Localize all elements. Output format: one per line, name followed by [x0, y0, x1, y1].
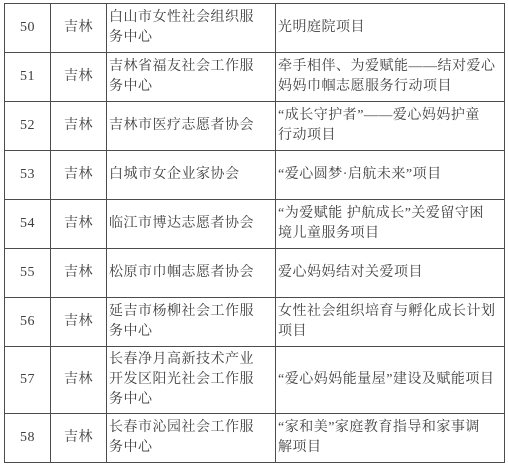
row-number-cell: 57 — [5, 347, 51, 414]
project-cell: “成长守护者”——爱心妈妈护童 行动项目 — [276, 102, 505, 151]
table-row: 57吉林长春净月高新技术产业 开发区阳光社会工作服 务中心“爱心妈妈能量屋”建设… — [5, 347, 505, 414]
row-number-cell: 55 — [5, 249, 51, 298]
table-row: 56吉林延吉市杨柳社会工作服 务中心女性社会组织培育与孵化成长计划 项目 — [5, 298, 505, 347]
row-number-cell: 51 — [5, 53, 51, 102]
table-row: 54吉林临江市博达志愿者协会“为爱赋能 护航成长”关爱留守困 境儿童服务项目 — [5, 200, 505, 249]
organization-cell: 临江市博达志愿者协会 — [107, 200, 276, 249]
award-project-table: 50吉林白山市女性社会组织服 务中心光明庭院项目51吉林吉林省福友社会工作服 务… — [4, 3, 505, 463]
row-number-cell: 56 — [5, 298, 51, 347]
table-row: 55吉林松原市巾帼志愿者协会爱心妈妈结对关爱项目 — [5, 249, 505, 298]
organization-cell: 松原市巾帼志愿者协会 — [107, 249, 276, 298]
project-cell: “家和美”家庭教育指导和家事调 解项目 — [276, 414, 505, 463]
project-cell: 牵手相伴、为爱赋能——结对爱心 妈妈巾帼志愿服务行动项目 — [276, 53, 505, 102]
table-row: 52吉林吉林市医疗志愿者协会“成长守护者”——爱心妈妈护童 行动项目 — [5, 102, 505, 151]
province-cell: 吉林 — [51, 298, 107, 347]
province-cell: 吉林 — [51, 249, 107, 298]
table-row: 50吉林白山市女性社会组织服 务中心光明庭院项目 — [5, 4, 505, 53]
organization-cell: 延吉市杨柳社会工作服 务中心 — [107, 298, 276, 347]
organization-cell: 吉林省福友社会工作服 务中心 — [107, 53, 276, 102]
row-number-cell: 58 — [5, 414, 51, 463]
province-cell: 吉林 — [51, 4, 107, 53]
project-cell: “爱心妈妈能量屋”建设及赋能项目 — [276, 347, 505, 414]
organization-cell: 白城市女企业家协会 — [107, 151, 276, 200]
table-row: 53吉林白城市女企业家协会“爱心圆梦·启航未来”项目 — [5, 151, 505, 200]
row-number-cell: 53 — [5, 151, 51, 200]
province-cell: 吉林 — [51, 414, 107, 463]
project-cell: “爱心圆梦·启航未来”项目 — [276, 151, 505, 200]
table-row: 51吉林吉林省福友社会工作服 务中心牵手相伴、为爱赋能——结对爱心 妈妈巾帼志愿… — [5, 53, 505, 102]
row-number-cell: 54 — [5, 200, 51, 249]
organization-cell: 长春市沁园社会工作服 务中心 — [107, 414, 276, 463]
organization-cell: 吉林市医疗志愿者协会 — [107, 102, 276, 151]
row-number-cell: 52 — [5, 102, 51, 151]
organization-cell: 长春净月高新技术产业 开发区阳光社会工作服 务中心 — [107, 347, 276, 414]
province-cell: 吉林 — [51, 102, 107, 151]
project-cell: “为爱赋能 护航成长”关爱留守困 境儿童服务项目 — [276, 200, 505, 249]
table-body: 50吉林白山市女性社会组织服 务中心光明庭院项目51吉林吉林省福友社会工作服 务… — [5, 4, 505, 463]
province-cell: 吉林 — [51, 200, 107, 249]
project-cell: 女性社会组织培育与孵化成长计划 项目 — [276, 298, 505, 347]
province-cell: 吉林 — [51, 151, 107, 200]
project-cell: 爱心妈妈结对关爱项目 — [276, 249, 505, 298]
organization-cell: 白山市女性社会组织服 务中心 — [107, 4, 276, 53]
province-cell: 吉林 — [51, 53, 107, 102]
table-row: 58吉林长春市沁园社会工作服 务中心“家和美”家庭教育指导和家事调 解项目 — [5, 414, 505, 463]
row-number-cell: 50 — [5, 4, 51, 53]
project-cell: 光明庭院项目 — [276, 4, 505, 53]
province-cell: 吉林 — [51, 347, 107, 414]
document-page: 50吉林白山市女性社会组织服 务中心光明庭院项目51吉林吉林省福友社会工作服 务… — [0, 0, 508, 469]
